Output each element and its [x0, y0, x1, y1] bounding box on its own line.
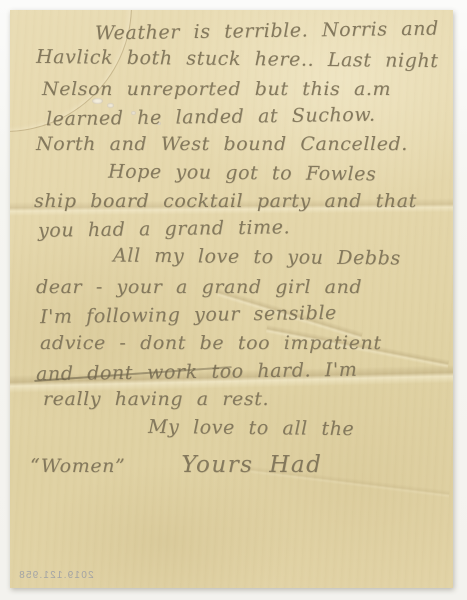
letter-line: I'm following your sensible	[40, 302, 337, 328]
letter-line: Hope you got to Fowles	[108, 161, 377, 186]
struck-out-text: and dont	[36, 362, 133, 385]
letter-line: North and West bound Cancelled.	[36, 133, 408, 155]
letter-line: really having a rest.	[43, 388, 269, 410]
letter-line: learned he landed at Suchow.	[46, 104, 376, 131]
letter-line: Havlick both stuck here.. Last night	[36, 46, 439, 72]
letter-line: advice - dont be too impatient	[40, 332, 382, 354]
letter-line: My love to all the	[148, 416, 355, 440]
women-quoted-word: “Women”	[30, 455, 125, 477]
letter-closing-line: “Women”Yours Had	[30, 452, 322, 478]
letter-line: Weather is terrible. Norris and	[95, 18, 439, 45]
signature: Yours Had	[181, 452, 322, 478]
letter-paper: Weather is terrible. Norris and Havlick …	[10, 10, 453, 588]
letter-line: and dontwork too hard. I'm	[36, 359, 358, 385]
letter-line: All my love to you Debbs	[113, 244, 401, 269]
accession-number: 2019.121.958	[18, 570, 94, 581]
letter-line-text: work too hard. I'm	[147, 359, 358, 384]
letter-line: you had a grand time.	[38, 216, 291, 242]
letter-line: Nelson unreported but this a.m	[42, 78, 391, 100]
letter-line: dear - your a grand girl and	[36, 276, 362, 298]
photo-background: Weather is terrible. Norris and Havlick …	[0, 0, 467, 600]
letter-line: ship board cocktail party and that	[34, 190, 417, 212]
